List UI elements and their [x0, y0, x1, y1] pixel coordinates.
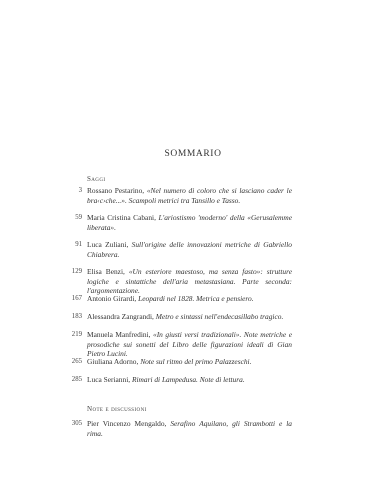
entry-author: Manuela Manfredini,	[87, 330, 150, 339]
entry-author: Giuliana Adorno,	[87, 357, 138, 366]
toc-entry: 167 Antonio Girardi, Leopardi nel 1828. …	[70, 294, 292, 304]
entry-author: Alessandra Zangrandi,	[87, 312, 154, 321]
entry-author: Luca Serianni,	[87, 375, 130, 384]
page-number: 265	[70, 357, 82, 367]
page-number: 59	[70, 213, 82, 223]
page-number: 91	[70, 240, 82, 250]
toc-entry: 285 Luca Serianni, Rimari di Lampedusa. …	[70, 375, 292, 385]
entry-author: Rossano Pestarino,	[87, 186, 144, 195]
entry-author: Maria Cristina Cabani,	[87, 213, 156, 222]
toc-entry: 129 Elisa Benzi, «Un esteriore maestoso,…	[70, 267, 292, 296]
page-number: 219	[70, 330, 82, 340]
page-number: 129	[70, 267, 82, 277]
entry-author: Pier Vincenzo Mengaldo,	[87, 419, 166, 428]
toc-entry: 59 Maria Cristina Cabani, L'ariostismo '…	[70, 213, 292, 232]
page-number: 183	[70, 312, 82, 322]
section-heading-note: Note e discussioni	[87, 405, 147, 413]
toc-entry: 265 Giuliana Adorno, Note sul ritmo del …	[70, 357, 292, 367]
entry-title: Note sul ritmo del primo Palazzeschi.	[140, 357, 251, 366]
page-number: 3	[70, 186, 82, 196]
entry-title: Rimari di Lampedusa. Note di lettura.	[132, 375, 245, 384]
toc-entry: 3 Rossano Pestarino, «Nel numero di colo…	[70, 186, 292, 205]
page-number: 305	[70, 419, 82, 429]
entry-author: Antonio Girardi,	[87, 294, 136, 303]
section-heading-saggi: Saggi	[87, 175, 105, 183]
entry-title: Leopardi nel 1828. Metrica e pensiero.	[138, 294, 253, 303]
entry-author: Elisa Benzi,	[87, 267, 125, 276]
document-page: SOMMARIO Saggi 3 Rossano Pestarino, «Nel…	[0, 0, 386, 500]
toc-entry: 183 Alessandra Zangrandi, Metro e sintas…	[70, 312, 292, 322]
page-number: 167	[70, 294, 82, 304]
toc-entry: 91 Luca Zuliani, Sull'origine delle inno…	[70, 240, 292, 259]
page-title: SOMMARIO	[0, 149, 386, 159]
page-number: 285	[70, 375, 82, 385]
entry-author: Luca Zuliani,	[87, 240, 128, 249]
entry-title: Metro e sintassi nell'endecasillabo trag…	[156, 312, 284, 321]
toc-entry: 305 Pier Vincenzo Mengaldo, Serafino Aqu…	[70, 419, 292, 438]
toc-entry: 219 Manuela Manfredini, «In giusti versi…	[70, 330, 292, 359]
